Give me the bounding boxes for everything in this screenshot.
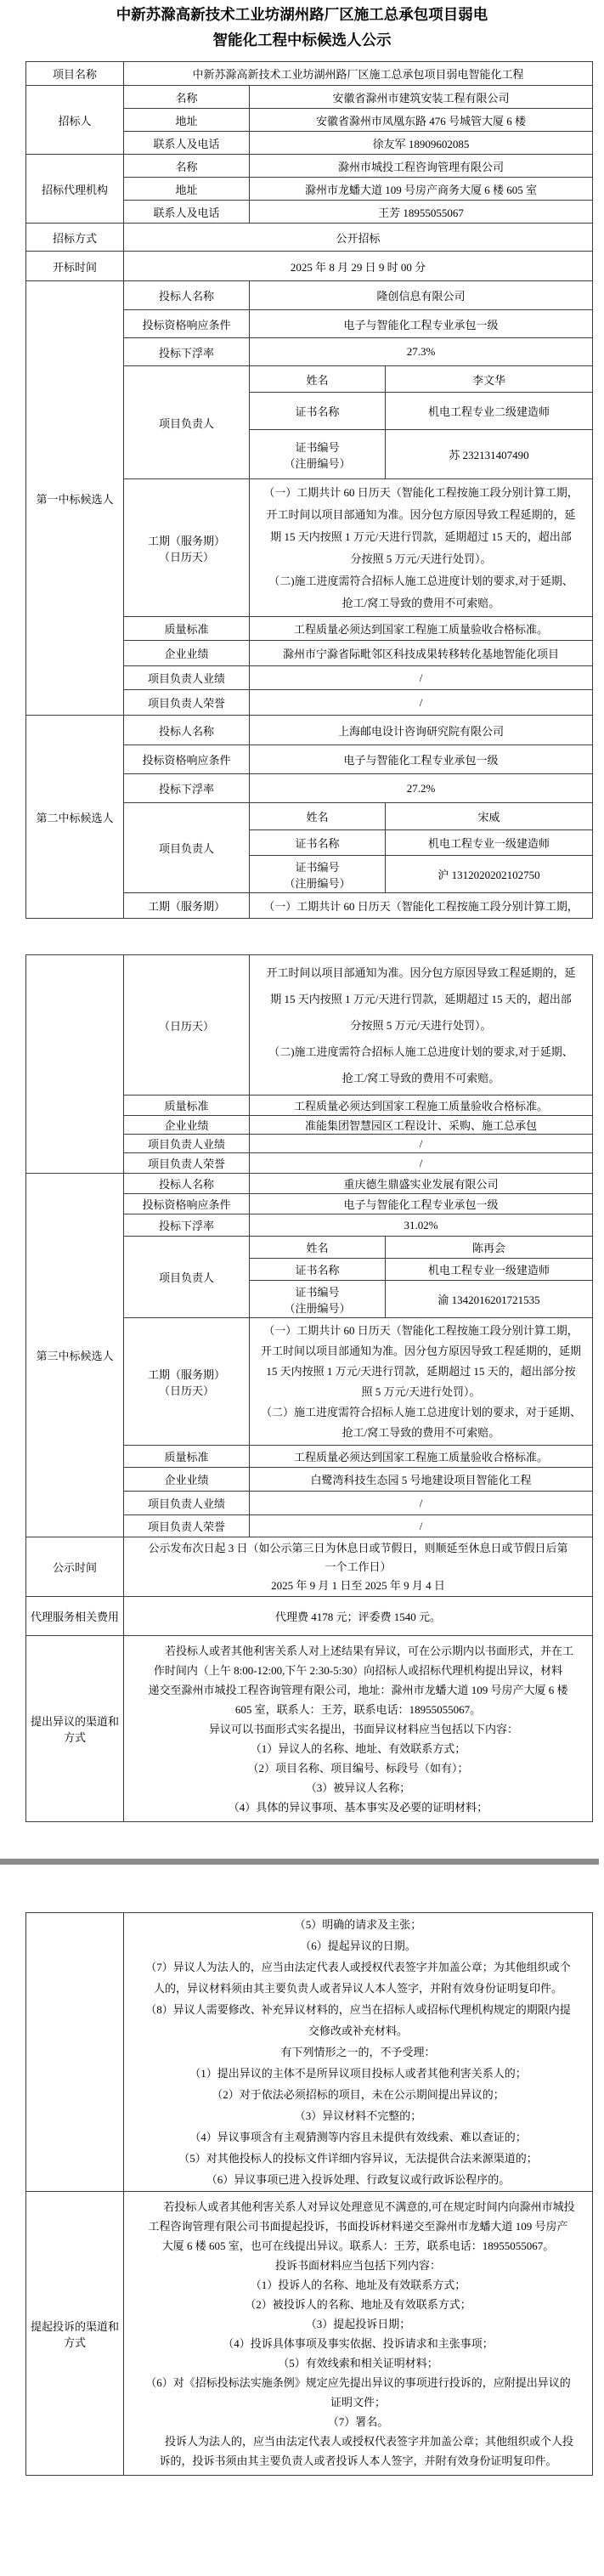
publicity-period-value: 公示发布次日起 3 日（如公示第三日为休息日或节假日，则顺延至休息日或节假日后第…	[124, 1537, 593, 1597]
candidate1-bidder-label: 投标人名称	[124, 281, 250, 310]
candidate1-performance-value: 滁州市宁滁省际毗邻区科技成果转移转化基地智能化项目	[250, 641, 593, 666]
agency-fee-value: 代理费 4178 元；评委费 1540 元。	[124, 1597, 593, 1636]
candidate3-cert-no-label: 证书编号 （注册编号）	[250, 1281, 386, 1318]
candidate2-section-label: 第二中标候选人	[26, 716, 124, 919]
candidate2-duration-label: 工期（服务期）	[124, 893, 250, 919]
publicity-period-label: 公示时间	[26, 1537, 124, 1597]
page-break-divider	[0, 1859, 599, 1865]
candidate1-duration-label: 工期（服务期） （日历天）	[124, 479, 250, 617]
candidate2-bidder-label: 投标人名称	[124, 716, 250, 745]
agency-contact-value: 王芳 18955055067	[250, 201, 593, 224]
page-title-line1: 中新苏滁高新技术工业坊湖州路厂区施工总承包项目弱电	[0, 2, 604, 27]
candidate3-performance-label: 企业业绩	[124, 1468, 250, 1492]
complaint-channel-value: 若投标人或者其他利害关系人对异议处理意见不满意的,可在规定时间内向滁州市城投 工…	[124, 2192, 593, 2476]
candidate1-performance-label: 企业业绩	[124, 641, 250, 666]
candidate1-pm-performance-label: 项目负责人业绩	[124, 666, 250, 690]
candidate2-cert-name-label: 证书名称	[250, 830, 386, 856]
candidate3-quality-value: 工程质量必须达到国家工程施工质量验收合格标准。	[250, 1446, 593, 1468]
bid-opening-time-label: 开标时间	[26, 252, 124, 281]
candidate2-cert-name-value: 机电工程专业一级建造师	[386, 830, 593, 856]
candidate1-pm-label: 项目负责人	[124, 366, 250, 479]
tenderer-name-label: 名称	[124, 86, 250, 109]
agency-name-label: 名称	[124, 155, 250, 178]
candidate3-qualification-value: 电子与智能化工程专业承包一级	[250, 1194, 593, 1214]
candidate2-pm-name-value: 宋威	[386, 803, 593, 830]
candidate3-pm-name-value: 陈再会	[386, 1237, 593, 1259]
candidate1-bidder-value: 隆创信息有限公司	[250, 281, 593, 310]
candidate3-bidder-value: 重庆德生鼎盛实业发展有限公司	[250, 1174, 593, 1194]
project-name-label: 项目名称	[26, 62, 124, 86]
candidate1-section-label: 第一中标候选人	[26, 281, 124, 716]
candidate3-pm-label: 项目负责人	[124, 1237, 250, 1318]
objection-channel-label: 提出异议的渠道和方式	[26, 1636, 124, 1822]
candidate1-cert-no-value: 苏 232131407490	[386, 430, 593, 479]
tenderer-contact-value: 徐友军 18909602085	[250, 132, 593, 155]
candidate2-duration-first-line: （一）工期共计 60 日历天（智能化工程按施工段分别计算工期，	[250, 893, 593, 919]
candidate1-quality-value: 工程质量必须达到国家工程施工质量验收合格标准。	[250, 617, 593, 641]
candidate1-pm-name-label: 姓名	[250, 366, 386, 393]
candidate2-cert-no-value: 沪 1312020202102750	[386, 856, 593, 893]
tenderer-address-value: 安徽省滁州市凤凰东路 476 号城管大厦 6 楼	[250, 109, 593, 132]
agency-label: 招标代理机构	[26, 155, 124, 224]
candidate2-performance-label: 企业业绩	[124, 1116, 250, 1135]
agency-contact-label: 联系人及电话	[124, 201, 250, 224]
candidate1-qualification-value: 电子与智能化工程专业承包一级	[250, 310, 593, 338]
tenderer-label: 招标人	[26, 86, 124, 155]
candidate2-bidder-value: 上海邮电设计咨询研究院有限公司	[250, 716, 593, 745]
candidate1-pm-performance-value: /	[250, 666, 593, 690]
candidate3-rate-value: 31.02%	[250, 1214, 593, 1237]
info-table-page3: （5）明确的请求及主张； （6）提起异议的日期。 （7）异议人为法人的，应当由法…	[25, 1912, 593, 2476]
candidate2-cert-no-label: 证书编号 （注册编号）	[250, 856, 386, 893]
candidate2-qualification-label: 投标资格响应条件	[124, 745, 250, 774]
candidate3-qualification-label: 投标资格响应条件	[124, 1194, 250, 1214]
candidate2-rate-value: 27.2%	[250, 774, 593, 803]
info-table-page2: （日历天） 开工时间以项目部通知为准。因分包方原因导致工程延期的，延 期 15 …	[25, 954, 593, 1822]
candidate2-quality-label: 质量标准	[124, 1096, 250, 1116]
candidate3-performance-value: 白鹭湾科技生态园 5 号地建设项目智能化工程	[250, 1468, 593, 1492]
candidate1-quality-label: 质量标准	[124, 617, 250, 641]
tenderer-address-label: 地址	[124, 109, 250, 132]
objection-channel-value-cont: （5）明确的请求及主张； （6）提起异议的日期。 （7）异议人为法人的，应当由法…	[124, 1913, 593, 2192]
candidate1-pm-name-value: 李文华	[386, 366, 593, 393]
candidate2-qualification-value: 电子与智能化工程专业承包一级	[250, 745, 593, 774]
info-table-page1: 项目名称 中新苏滁高新技术工业坊湖州路厂区施工总承包项目弱电智能化工程 招标人 …	[25, 61, 593, 919]
candidate2-pm-name-label: 姓名	[250, 803, 386, 830]
candidate2-pm-label: 项目负责人	[124, 803, 250, 893]
candidate3-quality-label: 质量标准	[124, 1446, 250, 1468]
project-name-value: 中新苏滁高新技术工业坊湖州路厂区施工总承包项目弱电智能化工程	[124, 62, 593, 86]
candidate3-pm-name-label: 姓名	[250, 1237, 386, 1259]
page-title-line2: 智能化工程中标候选人公示	[0, 27, 604, 53]
candidate2-rate-label: 投标下浮率	[124, 774, 250, 803]
candidate3-pm-honor-label: 项目负责人荣誉	[124, 1515, 250, 1537]
candidate3-pm-honor-value: /	[250, 1515, 593, 1537]
candidate1-qualification-label: 投标资格响应条件	[124, 310, 250, 338]
candidate2-pm-performance-value: /	[250, 1135, 593, 1153]
candidate1-pm-honor-value: /	[250, 690, 593, 716]
objection-continuation-blank-cell	[26, 1913, 124, 2192]
agency-address-label: 地址	[124, 178, 250, 201]
candidate1-duration-value: （一）工期共计 60 日历天（智能化工程按施工段分别计算工期， 开工时间以项目部…	[250, 479, 593, 617]
candidate2-quality-value: 工程质量必须达到国家工程施工质量验收合格标准。	[250, 1096, 593, 1116]
candidate1-cert-name-value: 机电工程专业二级建造师	[386, 393, 593, 430]
candidate2-performance-value: 准能集团智慧园区工程设计、采购、施工总承包	[250, 1116, 593, 1135]
tenderer-name-value: 安徽省滁州市建筑安装工程有限公司	[250, 86, 593, 109]
candidate2-pm-performance-label: 项目负责人业绩	[124, 1135, 250, 1153]
candidate1-pm-honor-label: 项目负责人荣誉	[124, 690, 250, 716]
candidate3-cert-name-label: 证书名称	[250, 1259, 386, 1281]
candidate3-duration-label: 工期（服务期） （日历天）	[124, 1318, 250, 1446]
complaint-channel-label: 提起投诉的渠道和方式	[26, 2192, 124, 2476]
bid-opening-time-value: 2025 年 8 月 29 日 9 时 00 分	[124, 252, 593, 281]
page-title: 中新苏滁高新技术工业坊湖州路厂区施工总承包项目弱电 智能化工程中标候选人公示	[0, 2, 604, 53]
candidate2-pm-honor-label: 项目负责人荣誉	[124, 1153, 250, 1174]
candidate1-cert-no-label: 证书编号 （注册编号）	[250, 430, 386, 479]
candidate2-duration-label-cont: （日历天）	[124, 955, 250, 1096]
tender-method-label: 招标方式	[26, 224, 124, 252]
candidate3-cert-name-value: 机电工程专业一级建造师	[386, 1259, 593, 1281]
candidate2-duration-value-cont: 开工时间以项目部通知为准。因分包方原因导致工程延期的，延 期 15 天内按照 1…	[250, 955, 593, 1096]
candidate3-pm-performance-value: /	[250, 1492, 593, 1515]
agency-fee-label: 代理服务相关费用	[26, 1597, 124, 1636]
tenderer-contact-label: 联系人及电话	[124, 132, 250, 155]
tender-method-value: 公开招标	[124, 224, 593, 252]
agency-address-value: 滁州市龙蟠大道 109 号房产商务大厦 6 楼 605 室	[250, 178, 593, 201]
objection-channel-value: 若投标人或者其他利害关系人对上述结果有异议，可在公示期内以书面形式，并在工 作时…	[124, 1636, 593, 1822]
candidate1-rate-label: 投标下浮率	[124, 338, 250, 366]
candidate3-duration-value: （一）工期共计 60 日历天（智能化工程按施工段分别计算工期， 开工时间以项目部…	[250, 1318, 593, 1446]
candidate3-rate-label: 投标下浮率	[124, 1214, 250, 1237]
candidate3-section-label: 第三中标候选人	[26, 1174, 124, 1537]
candidate2-continuation-blank-cell	[26, 955, 124, 1174]
candidate1-rate-value: 27.3%	[250, 338, 593, 366]
candidate3-cert-no-value: 渝 1342016201721535	[386, 1281, 593, 1318]
candidate2-pm-honor-value: /	[250, 1153, 593, 1174]
candidate1-cert-name-label: 证书名称	[250, 393, 386, 430]
announcement-document: 中新苏滁高新技术工业坊湖州路厂区施工总承包项目弱电 智能化工程中标候选人公示 项…	[0, 0, 604, 2576]
candidate3-pm-performance-label: 项目负责人业绩	[124, 1492, 250, 1515]
agency-name-value: 滁州市城投工程咨询管理有限公司	[250, 155, 593, 178]
candidate3-bidder-label: 投标人名称	[124, 1174, 250, 1194]
